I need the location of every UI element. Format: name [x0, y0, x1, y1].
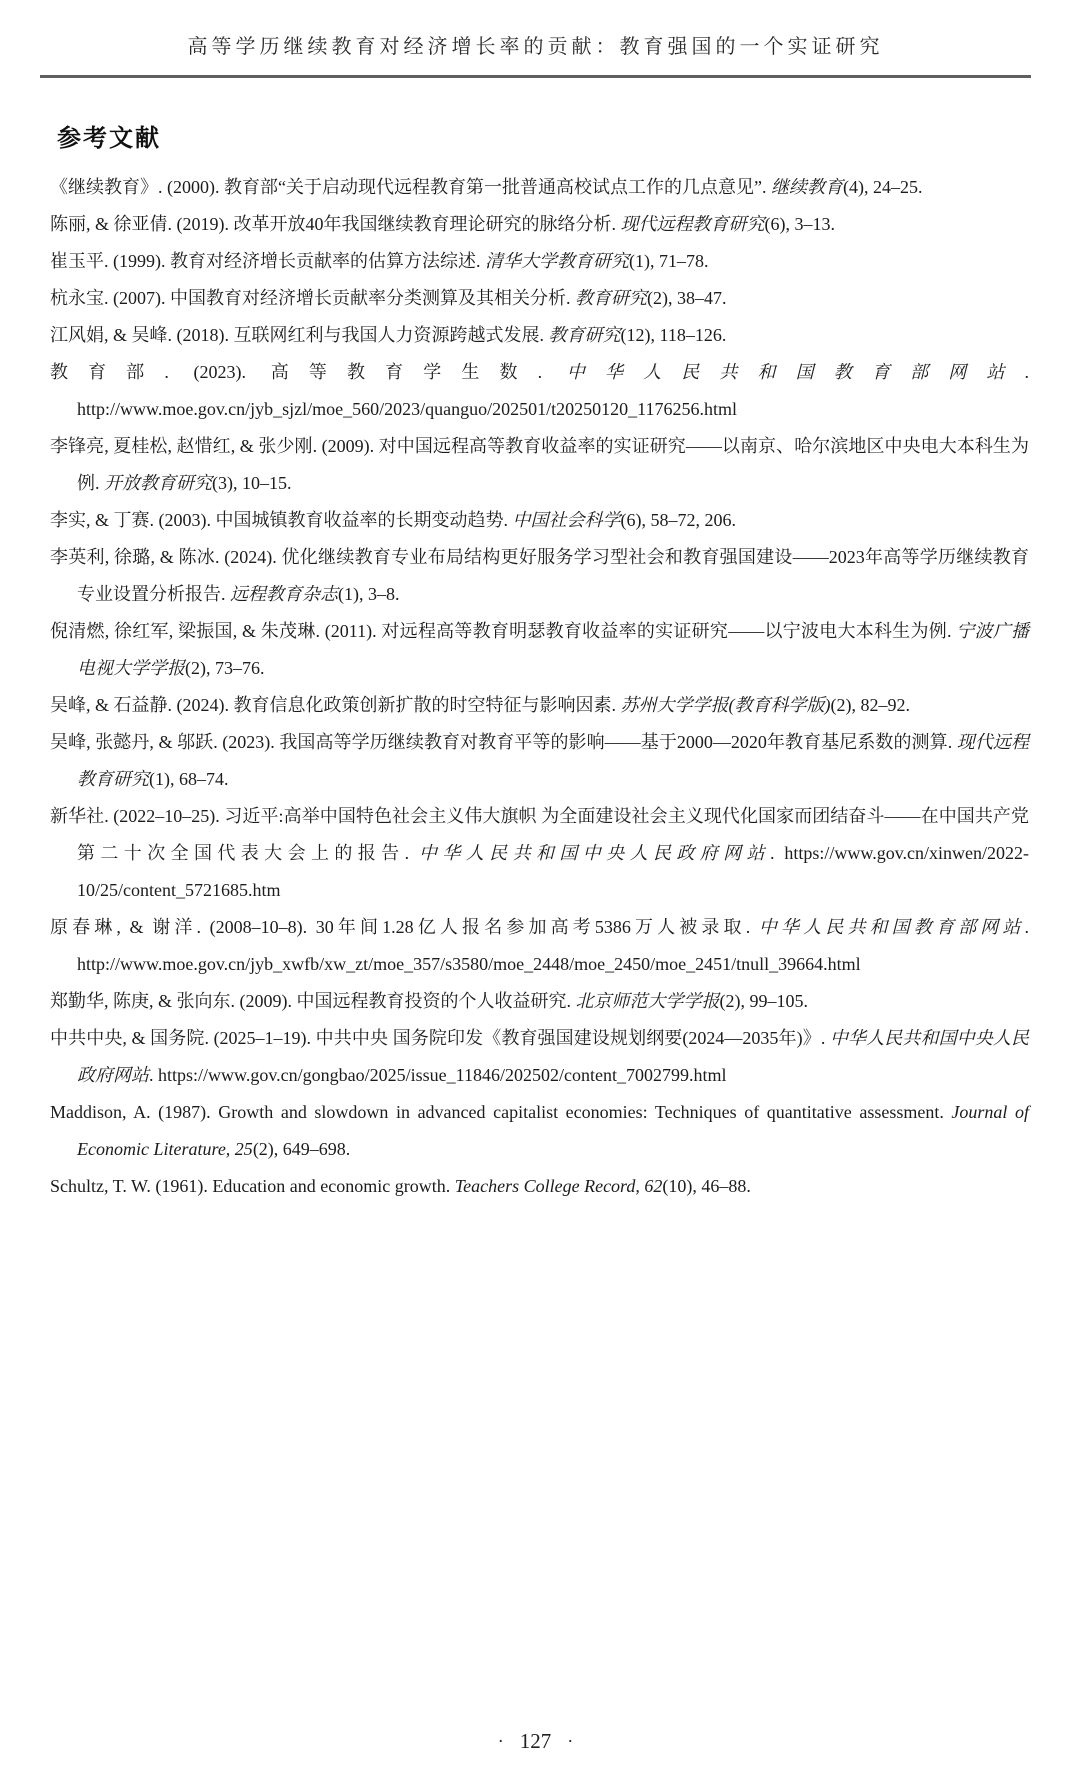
document-page: 高等学历继续教育对经济增长率的贡献：教育强国的一个实证研究 参考文献 《继续教育… [0, 0, 1071, 1780]
reference-entry: 李实, & 丁赛. (2003). 中国城镇教育收益率的长期变动趋势. 中国社会… [50, 502, 1029, 539]
reference-text: (1), 3–8. [338, 584, 400, 604]
reference-entry: 中共中央, & 国务院. (2025–1–19). 中共中央 国务院印发《教育强… [50, 1020, 1029, 1094]
reference-entry: 原春琳, & 谢洋. (2008–10–8). 30年间1.28亿人报名参加高考… [50, 909, 1029, 983]
reference-text: (10), 46–88. [662, 1176, 751, 1196]
page-header: 高等学历继续教育对经济增长率的贡献：教育强国的一个实证研究 [0, 0, 1071, 78]
reference-text: (4), 24–25. [843, 177, 923, 197]
reference-text: (2), 38–47. [647, 288, 727, 308]
references-list: 《继续教育》. (2000). 教育部“关于启动现代远程教育第一批普通高校试点工… [50, 169, 1029, 1205]
journal-name: 清华大学教育研究 [485, 251, 629, 271]
reference-text: Maddison, A. (1987). Growth and slowdown… [50, 1102, 951, 1122]
reference-text: (1), 71–78. [629, 251, 709, 271]
reference-entry: 李英利, 徐璐, & 陈冰. (2024). 优化继续教育专业布局结构更好服务学… [50, 539, 1029, 613]
reference-entry: 郑勤华, 陈庚, & 张向东. (2009). 中国远程教育投资的个人收益研究.… [50, 983, 1029, 1020]
reference-text: (1), 68–74. [149, 769, 229, 789]
reference-entry: 江风娟, & 吴峰. (2018). 互联网红利与我国人力资源跨越式发展. 教育… [50, 317, 1029, 354]
reference-entry: 倪清燃, 徐红军, 梁振国, & 朱茂琳. (2011). 对远程高等教育明瑟教… [50, 613, 1029, 687]
reference-text: 李实, & 丁赛. (2003). 中国城镇教育收益率的长期变动趋势. [50, 510, 513, 530]
header-rule [40, 75, 1031, 78]
reference-entry: 陈丽, & 徐亚倩. (2019). 改革开放40年我国继续教育理论研究的脉络分… [50, 206, 1029, 243]
reference-entry: Maddison, A. (1987). Growth and slowdown… [50, 1094, 1029, 1168]
reference-text: 陈丽, & 徐亚倩. (2019). 改革开放40年我国继续教育理论研究的脉络分… [50, 214, 621, 234]
reference-text: 崔玉平. (1999). 教育对经济增长贡献率的估算方法综述. [50, 251, 485, 271]
reference-text: 吴峰, 张懿丹, & 邬跃. (2023). 我国高等学历继续教育对教育平等的影… [50, 732, 957, 752]
journal-name: 远程教育杂志 [230, 584, 338, 604]
reference-entry: 崔玉平. (1999). 教育对经济增长贡献率的估算方法综述. 清华大学教育研究… [50, 243, 1029, 280]
page-body: 参考文献 《继续教育》. (2000). 教育部“关于启动现代远程教育第一批普通… [0, 118, 1071, 1205]
reference-text: 李英利, 徐璐, & 陈冰. (2024). 优化继续教育专业布局结构更好服务学… [50, 547, 1029, 604]
journal-name: 现代远程教育研究 [621, 214, 765, 234]
reference-text: 原春琳, & 谢洋. (2008–10–8). 30年间1.28亿人报名参加高考… [50, 917, 759, 937]
journal-name: 苏州大学学报(教育科学版) [621, 695, 831, 715]
page-number-left-dot: · [498, 1731, 504, 1752]
reference-entry: 《继续教育》. (2000). 教育部“关于启动现代远程教育第一批普通高校试点工… [50, 169, 1029, 206]
reference-text: 倪清燃, 徐红军, 梁振国, & 朱茂琳. (2011). 对远程高等教育明瑟教… [50, 621, 956, 641]
reference-entry: 教育部. (2023). 高等教育学生数. 中华人民共和国教育部网站. http… [50, 354, 1029, 428]
reference-text: (2), 99–105. [720, 991, 809, 1011]
journal-name: 中华人民共和国教育部网站 [567, 362, 1025, 382]
journal-name: 继续教育 [771, 177, 843, 197]
reference-text: . https://www.gov.cn/gongbao/2025/issue_… [149, 1065, 726, 1085]
reference-entry: 吴峰, 张懿丹, & 邬跃. (2023). 我国高等学历继续教育对教育平等的影… [50, 724, 1029, 798]
reference-text: (6), 3–13. [765, 214, 836, 234]
reference-text: (2), 82–92. [831, 695, 911, 715]
references-heading: 参考文献 [57, 118, 1071, 153]
running-header-title: 高等学历继续教育对经济增长率的贡献：教育强国的一个实证研究 [0, 0, 1071, 59]
page-number-value: 127 [520, 1729, 552, 1753]
journal-name: 北京师范大学学报 [576, 991, 720, 1011]
reference-entry: 吴峰, & 石益静. (2024). 教育信息化政策创新扩散的时空特征与影响因素… [50, 687, 1029, 724]
reference-entry: 李锋亮, 夏桂松, 赵惜红, & 张少刚. (2009). 对中国远程高等教育收… [50, 428, 1029, 502]
reference-entry: Schultz, T. W. (1961). Education and eco… [50, 1168, 1029, 1205]
reference-text: 杭永宝. (2007). 中国教育对经济增长贡献率分类测算及其相关分析. [50, 288, 575, 308]
journal-name: 中华人民共和国教育部网站 [759, 917, 1025, 937]
journal-name: 教育研究 [575, 288, 647, 308]
reference-text: (12), 118–126. [621, 325, 727, 345]
reference-entry: 新华社. (2022–10–25). 习近平:高举中国特色社会主义伟大旗帜 为全… [50, 798, 1029, 909]
reference-text: 江风娟, & 吴峰. (2018). 互联网红利与我国人力资源跨越式发展. [50, 325, 549, 345]
page-number: ·127· [0, 1729, 1071, 1754]
reference-text: (3), 10–15. [212, 473, 292, 493]
reference-text: 《继续教育》. (2000). 教育部“关于启动现代远程教育第一批普通高校试点工… [50, 177, 771, 197]
journal-name: 中华人民共和国中央人民政府网站 [419, 843, 770, 863]
reference-text: (2), 649–698. [253, 1139, 351, 1159]
reference-text: Schultz, T. W. (1961). Education and eco… [50, 1176, 455, 1196]
reference-text: 教育部. (2023). 高等教育学生数. [50, 362, 567, 382]
page-number-right-dot: · [567, 1731, 573, 1752]
reference-text: (2), 73–76. [185, 658, 265, 678]
reference-text: 郑勤华, 陈庚, & 张向东. (2009). 中国远程教育投资的个人收益研究. [50, 991, 576, 1011]
journal-name: 中国社会科学 [513, 510, 621, 530]
journal-name: 开放教育研究 [104, 473, 212, 493]
journal-name: Teachers College Record, 62 [455, 1176, 663, 1196]
reference-entry: 杭永宝. (2007). 中国教育对经济增长贡献率分类测算及其相关分析. 教育研… [50, 280, 1029, 317]
reference-text: (6), 58–72, 206. [621, 510, 737, 530]
journal-name: 教育研究 [549, 325, 621, 345]
reference-text: 中共中央, & 国务院. (2025–1–19). 中共中央 国务院印发《教育强… [50, 1028, 830, 1048]
reference-text: 吴峰, & 石益静. (2024). 教育信息化政策创新扩散的时空特征与影响因素… [50, 695, 621, 715]
